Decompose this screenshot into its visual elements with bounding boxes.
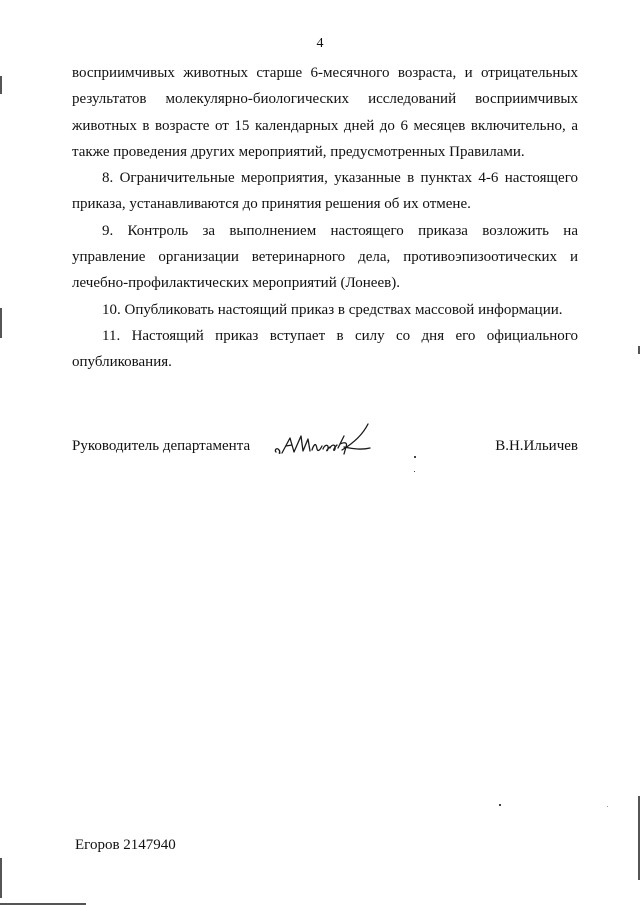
scan-speck: [414, 456, 416, 458]
paragraph-item-10: 10. Опубликовать настоящий приказ в сред…: [72, 297, 578, 323]
scan-edge-mark-left-mid: [0, 308, 2, 338]
paragraph-continuation: восприимчивых животных старше 6-месячног…: [72, 60, 578, 165]
paragraph-item-8: 8. Ограничительные мероприятия, указанны…: [72, 165, 578, 218]
page-number: 4: [0, 36, 640, 52]
paragraph-item-9: 9. Контроль за выполнением настоящего пр…: [72, 218, 578, 297]
paragraph-item-11: 11. Настоящий приказ вступает в силу со …: [72, 323, 578, 376]
scan-speck: [414, 471, 415, 472]
signatory-name: В.Н.Ильичев: [495, 436, 578, 456]
scan-speck: [499, 804, 501, 806]
document-body: восприимчивых животных старше 6-месячног…: [72, 60, 578, 376]
signatory-role: Руководитель департамента: [72, 436, 250, 456]
executor-note: Егоров 2147940: [75, 836, 176, 854]
handwritten-signature-icon: [270, 414, 380, 464]
scan-speck: [607, 806, 608, 807]
scan-edge-mark-left-top: [0, 76, 2, 94]
signature-block: Руководитель департамента В.Н.Ильичев: [72, 424, 578, 464]
scan-edge-mark-left-bottom: [0, 858, 2, 898]
